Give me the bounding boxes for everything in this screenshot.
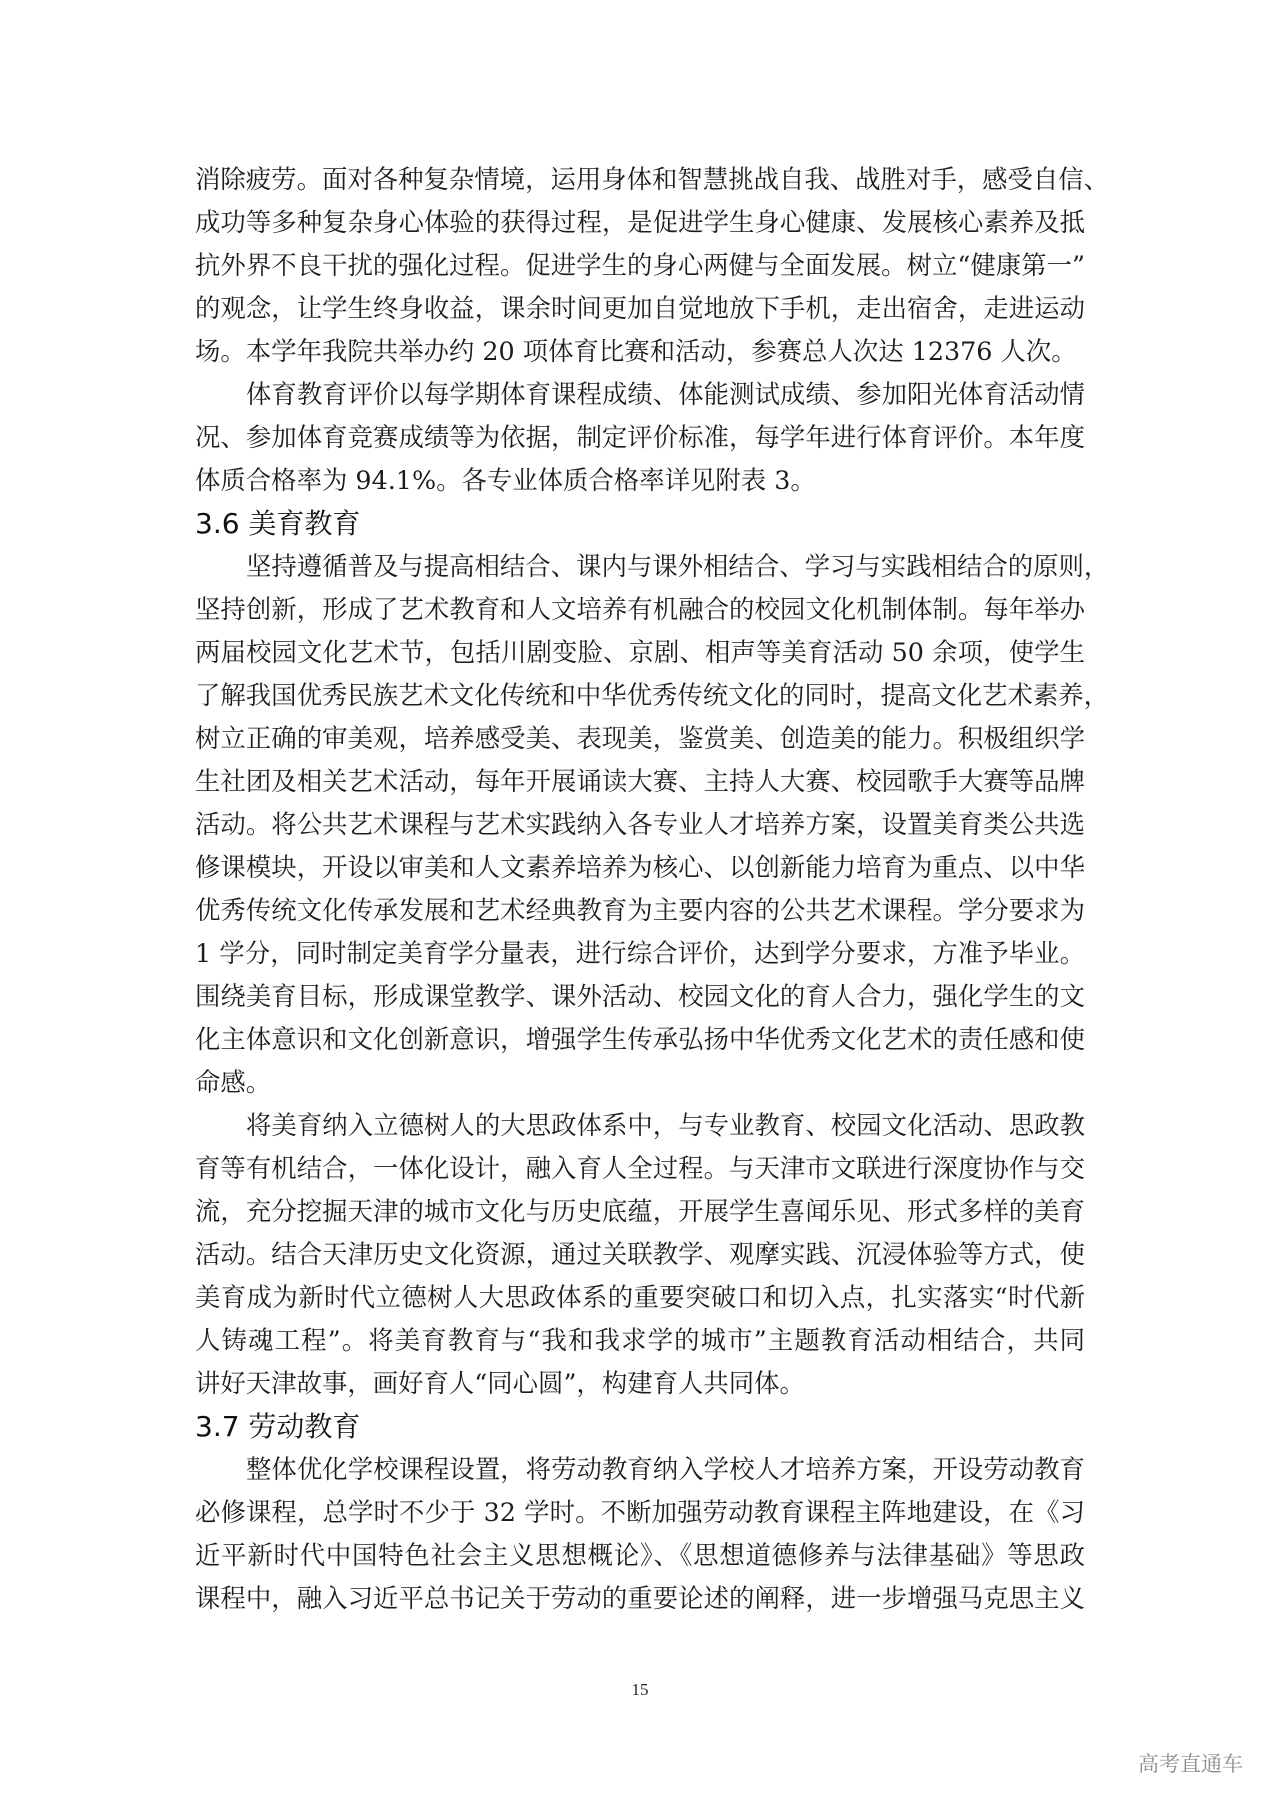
text-line: 将美育纳入立德树人的大思政体系中，与专业教育、校园文化活动、思政教 bbox=[195, 1104, 1085, 1147]
text-line: 必修课程，总学时不少于 32 学时。不断加强劳动教育课程主阵地建设，在《习 bbox=[195, 1491, 1085, 1534]
text-line: 人铸魂工程”。将美育教育与“我和我求学的城市”主题教育活动相结合，共同 bbox=[195, 1319, 1085, 1362]
text-line: 了解我国优秀民族艺术文化传统和中华优秀传统文化的同时，提高文化艺术素养， bbox=[195, 674, 1085, 717]
text-line: 育等有机结合，一体化设计，融入育人全过程。与天津市文联进行深度协作与交 bbox=[195, 1147, 1085, 1190]
text-line: 坚持遵循普及与提高相结合、课内与课外相结合、学习与实践相结合的原则， bbox=[195, 545, 1085, 588]
text-line: 命感。 bbox=[195, 1061, 1085, 1104]
text-line: 坚持创新，形成了艺术教育和人文培养有机融合的校园文化机制体制。每年举办 bbox=[195, 588, 1085, 631]
text-line: 的观念，让学生终身收益，课余时间更加自觉地放下手机，走出宿舍，走进运动 bbox=[195, 287, 1085, 330]
text-line: 体育教育评价以每学期体育课程成绩、体能测试成绩、参加阳光体育活动情 bbox=[195, 373, 1085, 416]
text-line: 讲好天津故事，画好育人“同心圆”，构建育人共同体。 bbox=[195, 1362, 1085, 1405]
text-line: 场。本学年我院共举办约 20 项体育比赛和活动，参赛总人次达 12376 人次。 bbox=[195, 330, 1085, 373]
document-body: 消除疲劳。面对各种复杂情境，运用身体和智慧挑战自我、战胜对手，感受自信、成功等多… bbox=[195, 158, 1085, 1620]
document-page: 消除疲劳。面对各种复杂情境，运用身体和智慧挑战自我、战胜对手，感受自信、成功等多… bbox=[0, 0, 1280, 1810]
paragraph: 坚持遵循普及与提高相结合、课内与课外相结合、学习与实践相结合的原则，坚持创新，形… bbox=[195, 545, 1085, 1104]
text-line: 整体优化学校课程设置，将劳动教育纳入学校人才培养方案，开设劳动教育 bbox=[195, 1448, 1085, 1491]
text-line: 1 学分，同时制定美育学分量表，进行综合评价，达到学分要求，方准予毕业。 bbox=[195, 932, 1085, 975]
text-line: 成功等多种复杂身心体验的获得过程，是促进学生身心健康、发展核心素养及抵 bbox=[195, 201, 1085, 244]
text-line: 消除疲劳。面对各种复杂情境，运用身体和智慧挑战自我、战胜对手，感受自信、 bbox=[195, 158, 1085, 201]
paragraph: 将美育纳入立德树人的大思政体系中，与专业教育、校园文化活动、思政教育等有机结合，… bbox=[195, 1104, 1085, 1405]
text-line: 课程中，融入习近平总书记关于劳动的重要论述的阐释，进一步增强马克思主义 bbox=[195, 1577, 1085, 1620]
paragraph: 整体优化学校课程设置，将劳动教育纳入学校人才培养方案，开设劳动教育必修课程，总学… bbox=[195, 1448, 1085, 1620]
text-line: 近平新时代中国特色社会主义思想概论》、《思想道德修养与法律基础》等思政 bbox=[195, 1534, 1085, 1577]
page-number: 15 bbox=[0, 1680, 1280, 1700]
text-line: 活动。结合天津历史文化资源，通过关联教学、观摩实践、沉浸体验等方式，使 bbox=[195, 1233, 1085, 1276]
text-line: 优秀传统文化传承发展和艺术经典教育为主要内容的公共艺术课程。学分要求为 bbox=[195, 889, 1085, 932]
text-line: 体质合格率为 94.1%。各专业体质合格率详见附表 3。 bbox=[195, 459, 1085, 502]
watermark-text: 高考直通车 bbox=[1138, 1748, 1243, 1778]
paragraph: 体育教育评价以每学期体育课程成绩、体能测试成绩、参加阳光体育活动情况、参加体育竞… bbox=[195, 373, 1085, 502]
text-line: 况、参加体育竞赛成绩等为依据，制定评价标准，每学年进行体育评价。本年度 bbox=[195, 416, 1085, 459]
text-line: 抗外界不良干扰的强化过程。促进学生的身心两健与全面发展。树立“健康第一” bbox=[195, 244, 1085, 287]
text-line: 修课模块，开设以审美和人文素养培养为核心、以创新能力培育为重点、以中华 bbox=[195, 846, 1085, 889]
text-line: 树立正确的审美观，培养感受美、表现美，鉴赏美、创造美的能力。积极组织学 bbox=[195, 717, 1085, 760]
paragraph: 消除疲劳。面对各种复杂情境，运用身体和智慧挑战自我、战胜对手，感受自信、成功等多… bbox=[195, 158, 1085, 373]
text-line: 流，充分挖掘天津的城市文化与历史底蕴，开展学生喜闻乐见、形式多样的美育 bbox=[195, 1190, 1085, 1233]
text-line: 美育成为新时代立德树人大思政体系的重要突破口和切入点，扎实落实“时代新 bbox=[195, 1276, 1085, 1319]
text-line: 两届校园文化艺术节，包括川剧变脸、京剧、相声等美育活动 50 余项，使学生 bbox=[195, 631, 1085, 674]
text-line: 围绕美育目标，形成课堂教学、课外活动、校园文化的育人合力，强化学生的文 bbox=[195, 975, 1085, 1018]
text-line: 化主体意识和文化创新意识，增强学生传承弘扬中华优秀文化艺术的责任感和使 bbox=[195, 1018, 1085, 1061]
text-line: 生社团及相关艺术活动，每年开展诵读大赛、主持人大赛、校园歌手大赛等品牌 bbox=[195, 760, 1085, 803]
section-heading: 3.6 美育教育 bbox=[195, 502, 1085, 545]
text-line: 活动。将公共艺术课程与艺术实践纳入各专业人才培养方案，设置美育类公共选 bbox=[195, 803, 1085, 846]
section-heading: 3.7 劳动教育 bbox=[195, 1405, 1085, 1448]
